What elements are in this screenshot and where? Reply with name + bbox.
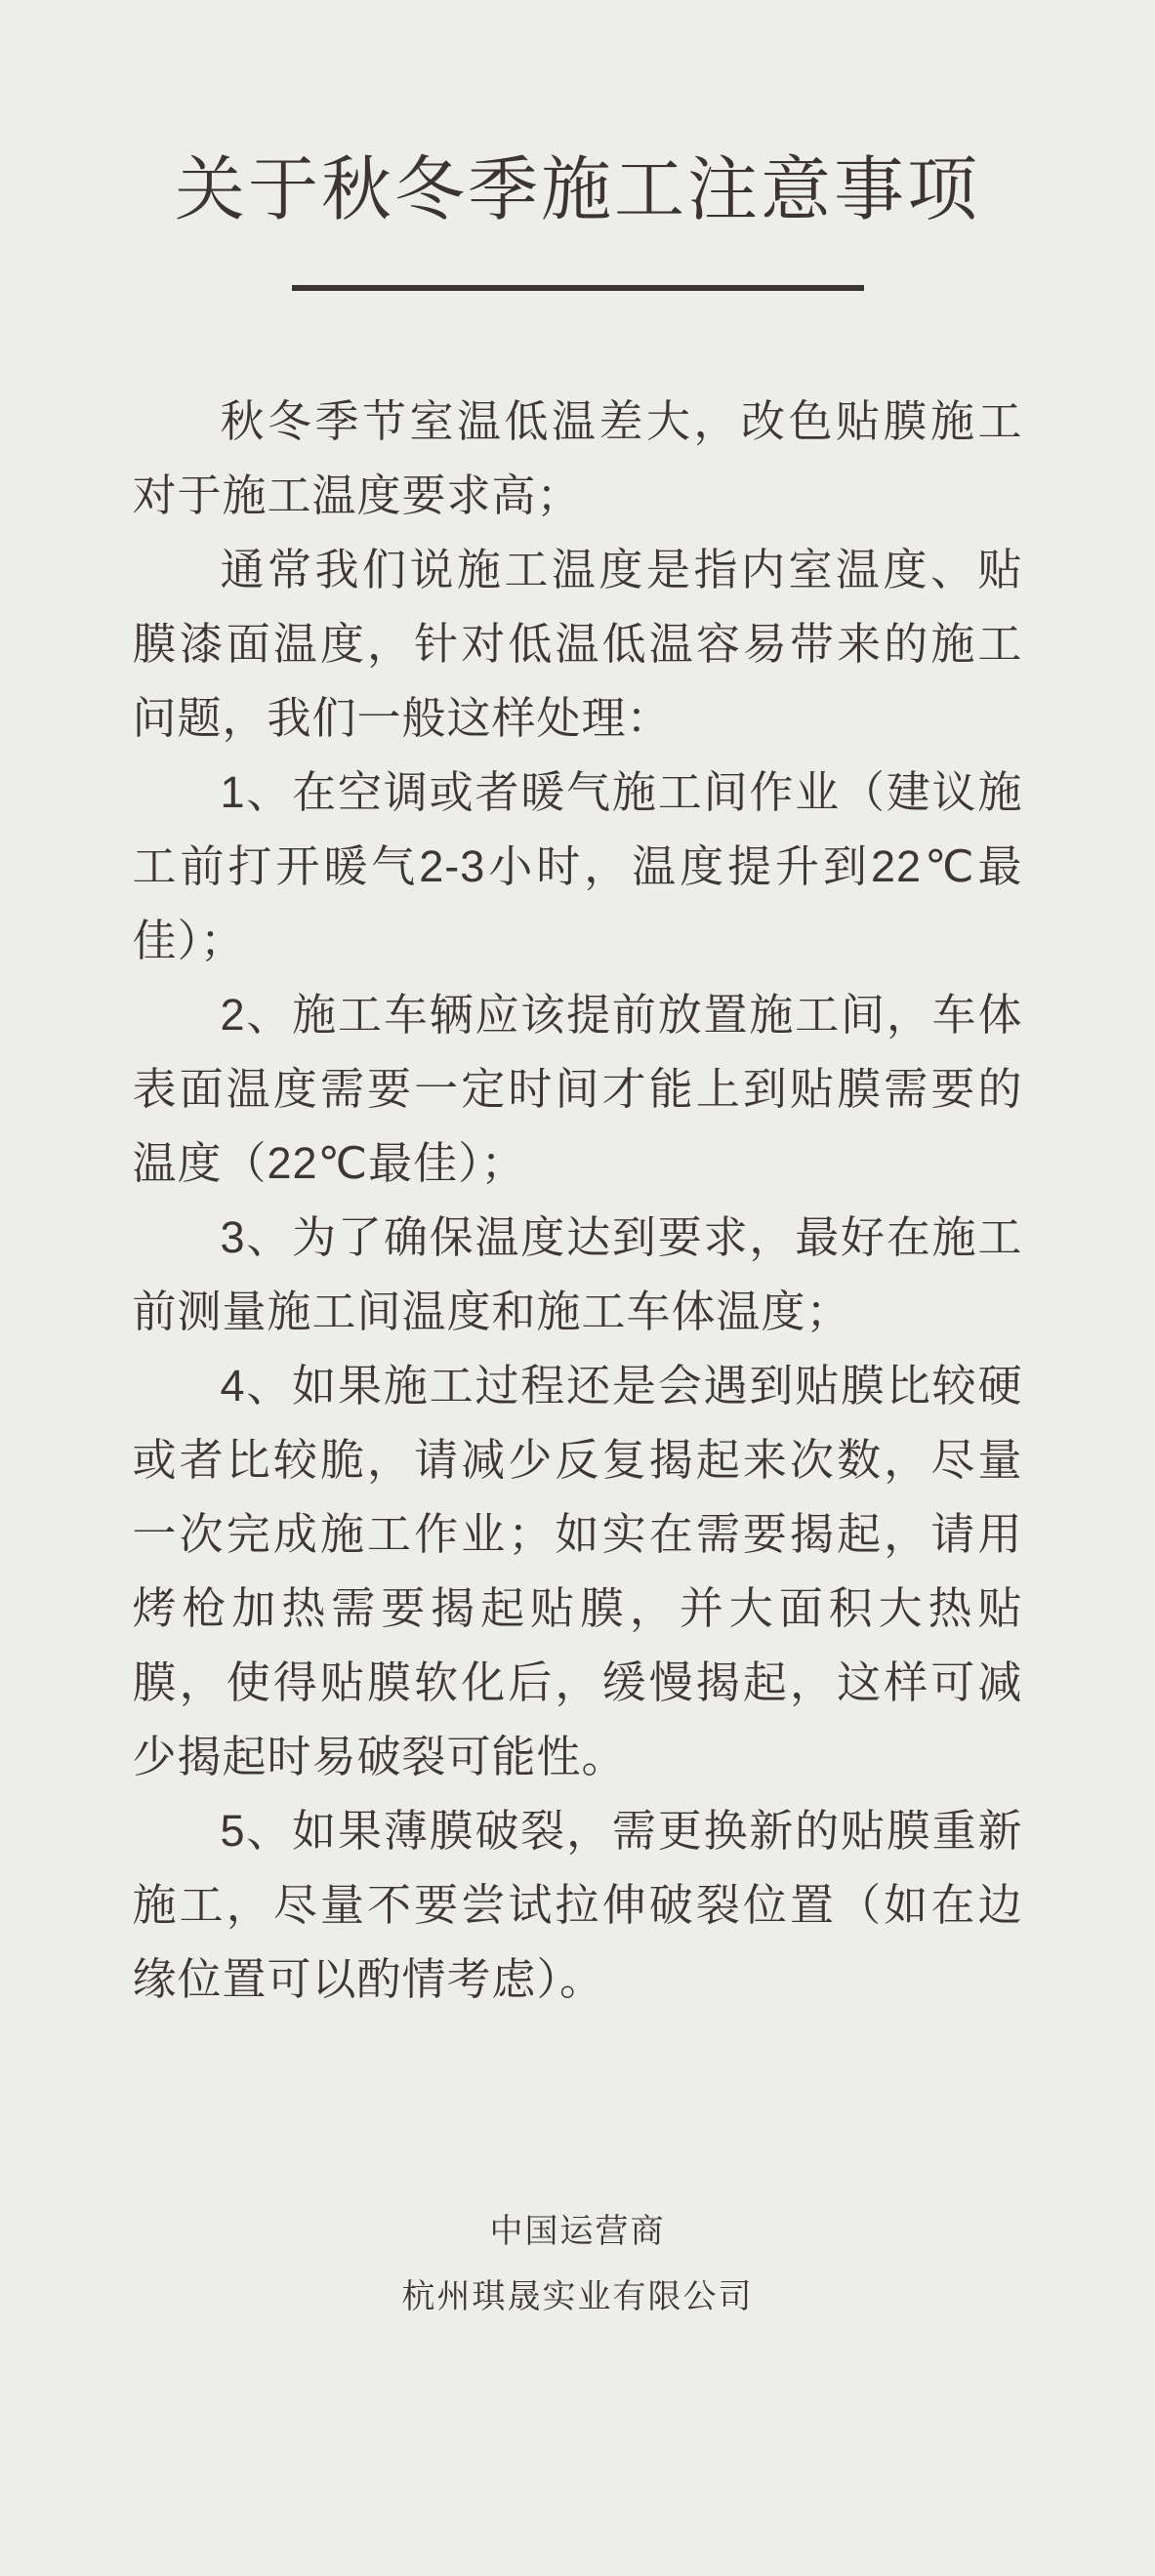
paragraph-item-3: 3、为了确保温度达到要求，最好在施工前测量施工间温度和施工车体温度； (133, 1201, 1023, 1349)
paragraph-item-2: 2、施工车辆应该提前放置施工间，车体表面温度需要一定时间才能上到贴膜需要的温度（… (133, 978, 1023, 1201)
title-underline-rule (292, 285, 864, 291)
notice-body: 秋冬季节室温低温差大，改色贴膜施工对于施工温度要求高； 通常我们说施工温度是指内… (133, 385, 1023, 2017)
paragraph-intro-1: 秋冬季节室温低温差大，改色贴膜施工对于施工温度要求高； (133, 385, 1023, 533)
notice-page: 关于秋冬季施工注意事项 秋冬季节室温低温差大，改色贴膜施工对于施工温度要求高； … (0, 0, 1155, 2576)
paragraph-item-1: 1、在空调或者暖气施工间作业（建议施工前打开暖气2-3小时，温度提升到22℃最佳… (133, 756, 1023, 978)
footer-operator-line: 中国运营商 (0, 2199, 1155, 2265)
paragraph-intro-2: 通常我们说施工温度是指内室温度、贴膜漆面温度，针对低温低温容易带来的施工问题，我… (133, 533, 1023, 756)
paragraph-item-4: 4、如果施工过程还是会遇到贴膜比较硬或者比较脆，请减少反复揭起来次数，尽量一次完… (133, 1349, 1023, 1794)
footer-company-line: 杭州琪晟实业有限公司 (0, 2265, 1155, 2330)
page-title: 关于秋冬季施工注意事项 (0, 0, 1155, 228)
paragraph-item-5: 5、如果薄膜破裂，需更换新的贴膜重新施工，尽量不要尝试拉伸破裂位置（如在边缘位置… (133, 1794, 1023, 2017)
footer-signature: 中国运营商 杭州琪晟实业有限公司 (0, 2199, 1155, 2330)
